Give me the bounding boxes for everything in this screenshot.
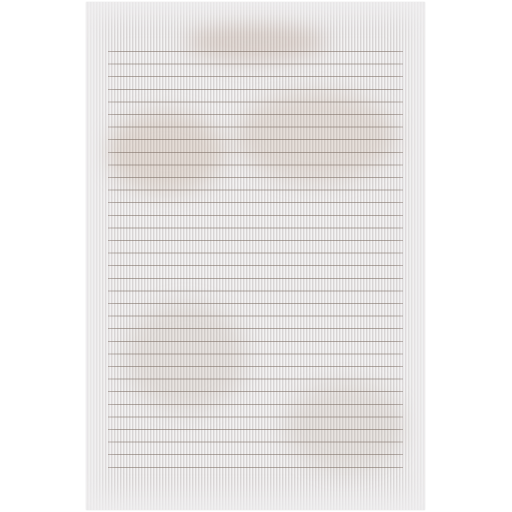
rug-photo bbox=[86, 2, 425, 510]
rug-border bbox=[86, 2, 425, 510]
